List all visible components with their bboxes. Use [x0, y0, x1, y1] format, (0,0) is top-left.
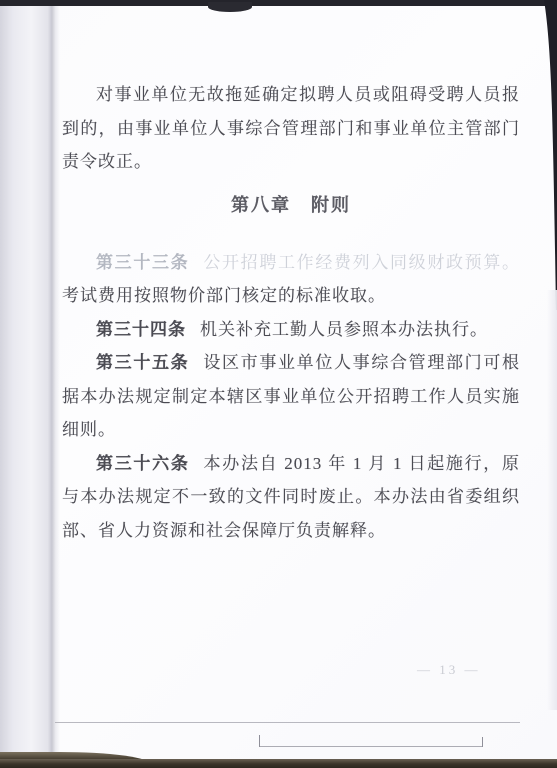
scan-bottom-edge	[0, 759, 557, 768]
page-right-soft-edge	[547, 290, 557, 710]
intro-paragraph: 对事业单位无故拖延确定拟聘人员或阻碍受聘人员报到的，由事业单位人事综合管理部门和…	[62, 78, 520, 179]
article-33-label: 第三十三条	[96, 253, 189, 272]
article-35-label: 第三十五条	[96, 353, 189, 372]
article-33: 第三十三条公开招聘工作经费列入同级财政预算。考试费用按照物价部门核定的标准收取。	[62, 246, 520, 313]
article-34: 第三十四条机关补充工勤人员参照本办法执行。	[62, 313, 520, 347]
article-33-body-dark: 考试费用按照物价部门核定的标准收取。	[62, 286, 386, 305]
article-35: 第三十五条设区市事业单位人事综合管理部门可根据本办法规定制定本辖区事业单位公开招…	[62, 346, 520, 447]
article-36: 第三十六条本办法自 2013 年 1 月 1 日起施行，原与本办法规定不一致的文…	[62, 447, 520, 548]
page-stack-tick-left	[259, 735, 260, 747]
article-36-label: 第三十六条	[96, 454, 190, 473]
article-33-body-faded: 公开招聘工作经费列入同级财政预算。	[203, 253, 520, 272]
scan-right-edge	[541, 0, 557, 310]
left-page-edge	[0, 0, 52, 768]
scanned-document-page: 对事业单位无故拖延确定拟聘人员或阻碍受聘人员报到的，由事业单位人事综合管理部门和…	[0, 0, 557, 768]
article-34-label: 第三十四条	[96, 320, 186, 339]
page-stack-tick-right	[482, 737, 483, 747]
article-34-body: 机关补充工勤人员参照本办法执行。	[200, 320, 488, 339]
page-number: — 13 —	[417, 662, 481, 678]
page-stack-edge-line-2	[259, 746, 483, 747]
page-stack-edge-line-1	[55, 722, 520, 723]
document-body: 对事业单位无故拖延确定拟聘人员或阻碍受聘人员报到的，由事业单位人事综合管理部门和…	[62, 0, 520, 547]
chapter-heading: 第八章 附则	[62, 188, 520, 222]
page-fold-shadow	[52, 0, 60, 768]
